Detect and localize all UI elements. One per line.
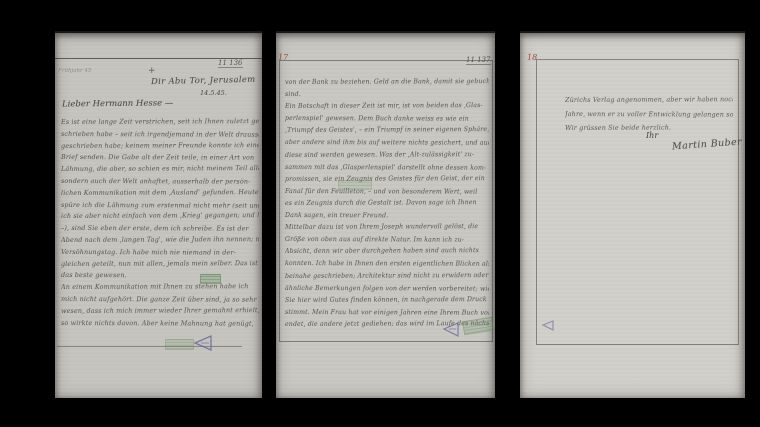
triangle-stamp-icon <box>442 321 460 342</box>
handwritten-line: von der Bank zu beziehen. Geld an die Ba… <box>285 76 489 89</box>
triangle-stamp-icon <box>541 317 555 336</box>
page-bottom-rule <box>57 346 242 347</box>
folio-number: 11 136 <box>218 59 243 68</box>
handwritten-line: diese sind werden gewesen. Was der ‚Alt-… <box>285 149 489 162</box>
handwritten-line: promissen, sie ein Zeugnis des Geistes f… <box>285 173 489 186</box>
handwritten-line: gleichen geteilt, nun mit allen, jemals … <box>61 258 259 271</box>
letter-page-1: Frühjahr 45 + 11 136 Dir Abu Tor, Jerusa… <box>55 31 262 398</box>
handwritten-line: Abend nach dem ‚langen Tag', wie die Jud… <box>61 234 259 247</box>
letter-page-3: 18 Zürichs Verlag angenommen, aber wir h… <box>520 31 745 398</box>
letter-page-2: 17 11 137 von der Bank zu beziehen. Geld… <box>276 31 495 398</box>
letter-scan-canvas: Frühjahr 45 + 11 136 Dir Abu Tor, Jerusa… <box>0 0 760 427</box>
pencil-annotation: Frühjahr 45 <box>58 68 91 74</box>
handwritten-line: Lähmung, die aber, so schien es mir, nic… <box>61 163 259 176</box>
triangle-stamp-icon <box>193 334 213 356</box>
handwritten-line: beinahe geschrieben; Architektur sind ni… <box>285 270 489 283</box>
handwritten-line: Zürichs Verlag angenommen, aber wir habe… <box>565 92 733 107</box>
handwritten-line: Mittelbar dazu ist von Ihrem Joseph wund… <box>285 221 489 234</box>
place-header: Dir Abu Tor, Jerusalem <box>151 75 256 87</box>
handwritten-line: lichen Kommunikation mit dem ‚Ausland' g… <box>61 187 259 200</box>
handwritten-line: Es ist eine lange Zeit verstrichen, seit… <box>61 116 259 129</box>
handwritten-line: ich sie aber nicht einfach von dem ‚Krie… <box>61 211 259 224</box>
handwritten-line: wesen, dass ich mich immer wieder Ihrer … <box>61 305 259 318</box>
handwritten-line: Absicht, denn wir aber durchgehen haben … <box>285 245 489 258</box>
cross-mark: + <box>148 66 156 76</box>
handwritten-line: es ein Zeugnis durch die Gestalt ist. Da… <box>285 197 489 210</box>
date-header: 14.5.45. <box>200 89 227 97</box>
salutation: Lieber Hermann Hesse — <box>62 98 173 109</box>
handwritten-line: geschrieben habe; keinem meiner Freunde … <box>61 140 259 153</box>
handwritten-body: Zürichs Verlag angenommen, aber wir habe… <box>565 93 733 135</box>
handwritten-line: An einem Kommunikation mit Ihnen zu steh… <box>61 281 259 294</box>
handwritten-line: Sie hier wird Gutes finden können, in na… <box>285 294 489 307</box>
handwritten-body: Es ist eine lange Zeit verstrichen, seit… <box>61 117 259 329</box>
archive-stamp-green <box>200 274 221 284</box>
archive-stamp-green <box>165 339 194 350</box>
handwritten-line: so wirkte nichts davon. Aber keine Mahnu… <box>61 318 259 330</box>
handwritten-line: Ein Botschaft in dieser Zeit ist mir, is… <box>285 100 489 113</box>
archive-stamp-green <box>338 180 372 190</box>
folio-number: 11 137 <box>466 56 491 65</box>
handwritten-body: von der Bank zu beziehen. Geld an die Ba… <box>285 77 489 331</box>
handwritten-line: ‚Triumpf des Geistes', – ein Triumpf in … <box>285 124 489 137</box>
closing-word: Ihr <box>646 131 658 140</box>
